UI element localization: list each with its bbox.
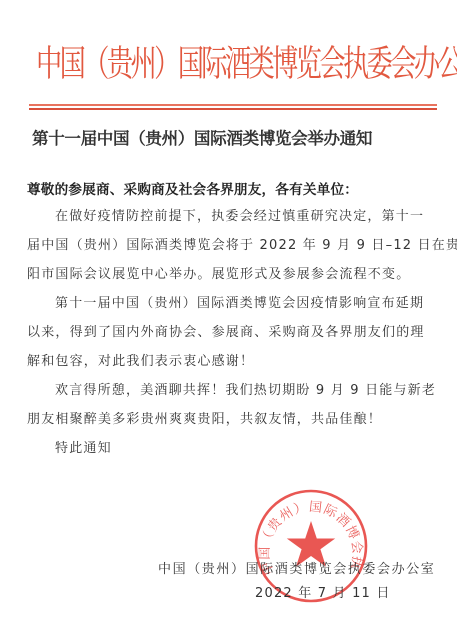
paragraph-line: 特此通知 <box>27 434 437 463</box>
paragraph-line: 在做好疫情防控前提下，执委会经过慎重研究决定，第十一 <box>27 202 437 231</box>
notice-title: 第十一届中国（贵州）国际酒类博览会举办通知 <box>32 126 432 150</box>
paragraph-line: 以来，得到了国内外商协会、参展商、采购商及各界朋友们的理 <box>27 318 437 347</box>
paragraph-2: 第十一届中国（贵州）国际酒类博览会因疫情影响宣布延期 以来，得到了国内外商协会、… <box>27 289 437 376</box>
paragraph-1: 在做好疫情防控前提下，执委会经过慎重研究决定，第十一 届中国（贵州）国际酒类博览… <box>27 202 437 289</box>
paragraph-line: 第十一届中国（贵州）国际酒类博览会因疫情影响宣布延期 <box>27 289 437 318</box>
paragraph-line: 解和包容，对此我们表示衷心感谢！ <box>27 347 437 376</box>
paragraph-3: 欢言得所憩，美酒聊共挥！我们热切期盼 9 月 9 日能与新老 朋友相聚醉美多彩贵… <box>27 376 437 434</box>
paragraph-line: 欢言得所憩，美酒聊共挥！我们热切期盼 9 月 9 日能与新老 <box>27 376 437 405</box>
paragraph-line: 阳市国际会议展览中心举办。展览形式及参展参会流程不变。 <box>27 260 437 289</box>
signature-date: 2022 年 7 月 11 日 <box>255 584 391 604</box>
red-divider-bottom <box>29 108 437 110</box>
closing-line: 特此通知 <box>27 434 437 463</box>
signature-organization: 中国（贵州）国际酒类博览会执委会办公室 <box>158 560 435 580</box>
paragraph-line: 届中国（贵州）国际酒类博览会将于 2022 年 9 月 9 日–12 日在贵 <box>27 231 437 260</box>
red-divider-top <box>29 104 437 106</box>
issuer-header: 中国（贵州）国际酒类博览会执委会办公室 <box>36 35 357 91</box>
paragraph-line: 朋友相聚醉美多彩贵州爽爽贵阳，共叙友情，共品佳酿！ <box>27 405 437 434</box>
salutation: 尊敬的参展商、采购商及社会各界朋友，各有关单位： <box>27 180 358 200</box>
